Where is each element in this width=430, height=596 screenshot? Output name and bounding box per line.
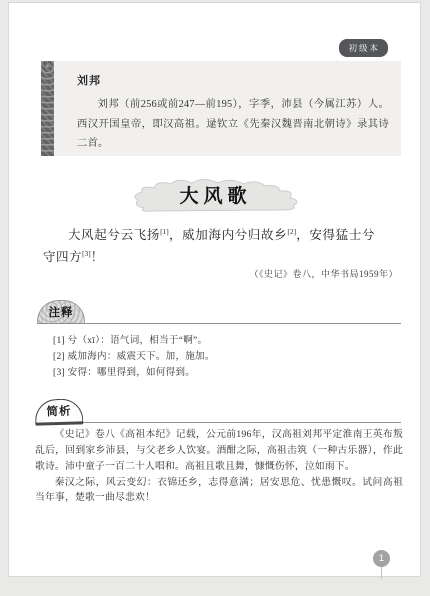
note-ref-1: [1] [160,227,169,236]
poem-text: 大风起兮云飞扬[1]，威加海内兮归故乡[2]，安得猛士兮守四方[3]！ [43,224,375,269]
author-bio-content: 刘邦 刘邦（前256或前247—前195），字季，沛县（今属江苏）人。西汉开国皇… [77,72,389,154]
edition-badge: 初级本 [339,39,388,57]
source-citation: （《史记》卷八，中华书局1959年） [249,267,398,280]
page-number: 1 [373,550,390,579]
note-ref-3: [3] [82,249,91,258]
analysis-heading: 简析 [46,403,71,423]
poem-segment: ，威加海内兮归故乡 [169,228,288,242]
author-bio-box: 刘邦 刘邦（前256或前247—前195），字季，沛县（今属江苏）人。西汉开国皇… [41,61,401,156]
notes-heading: 注释 [49,304,74,323]
analysis-paragraph: 《史记》卷八《高祖本纪》记载，公元前196年，汉高祖刘邦平定淮南王英布叛乱后，回… [35,427,403,475]
note-item: [1] 兮（xī）：语气词，相当于“啊”。 [53,334,383,350]
notes-list: [1] 兮（xī）：语气词，相当于“啊”。 [2] 威加海内：威震天下。加，施加… [53,334,383,382]
note-ref-2: [2] [287,227,296,236]
author-bio-text: 刘邦（前256或前247—前195），字季，沛县（今属江苏）人。西汉开国皇帝，即… [77,95,389,154]
poem-title: 大风歌 [9,177,422,217]
author-name: 刘邦 [77,72,389,88]
poem-title-block: 大风歌 [9,177,422,219]
decorative-border-strip [41,61,54,156]
notes-heading-ornament-icon: 注释 [37,300,85,323]
page-number-circle: 1 [373,550,390,567]
poem-segment: ！ [91,250,104,264]
analysis-section-header: 简析 [35,398,401,423]
notes-section-header: 注释 [37,299,401,324]
note-item: [2] 威加海内：威震天下。加，施加。 [53,350,383,366]
note-item: [3] 安得：哪里得到，如何得到。 [53,366,383,382]
page-number-stem [381,567,382,579]
analysis-heading-ornament-icon: 简析 [35,398,84,422]
analysis-body: 《史记》卷八《高祖本纪》记载，公元前196年，汉高祖刘邦平定淮南王英布叛乱后，回… [35,427,403,506]
book-page: 初级本 刘邦 刘邦（前256或前247—前195），字季，沛县（今属江苏）人。西… [8,2,421,577]
poem-segment: 大风起兮云飞扬 [68,228,160,242]
analysis-paragraph: 秦汉之际，风云变幻：衣锦还乡，志得意满；居安思危、忧患慨叹。试问高祖当年事，楚歌… [35,475,403,507]
